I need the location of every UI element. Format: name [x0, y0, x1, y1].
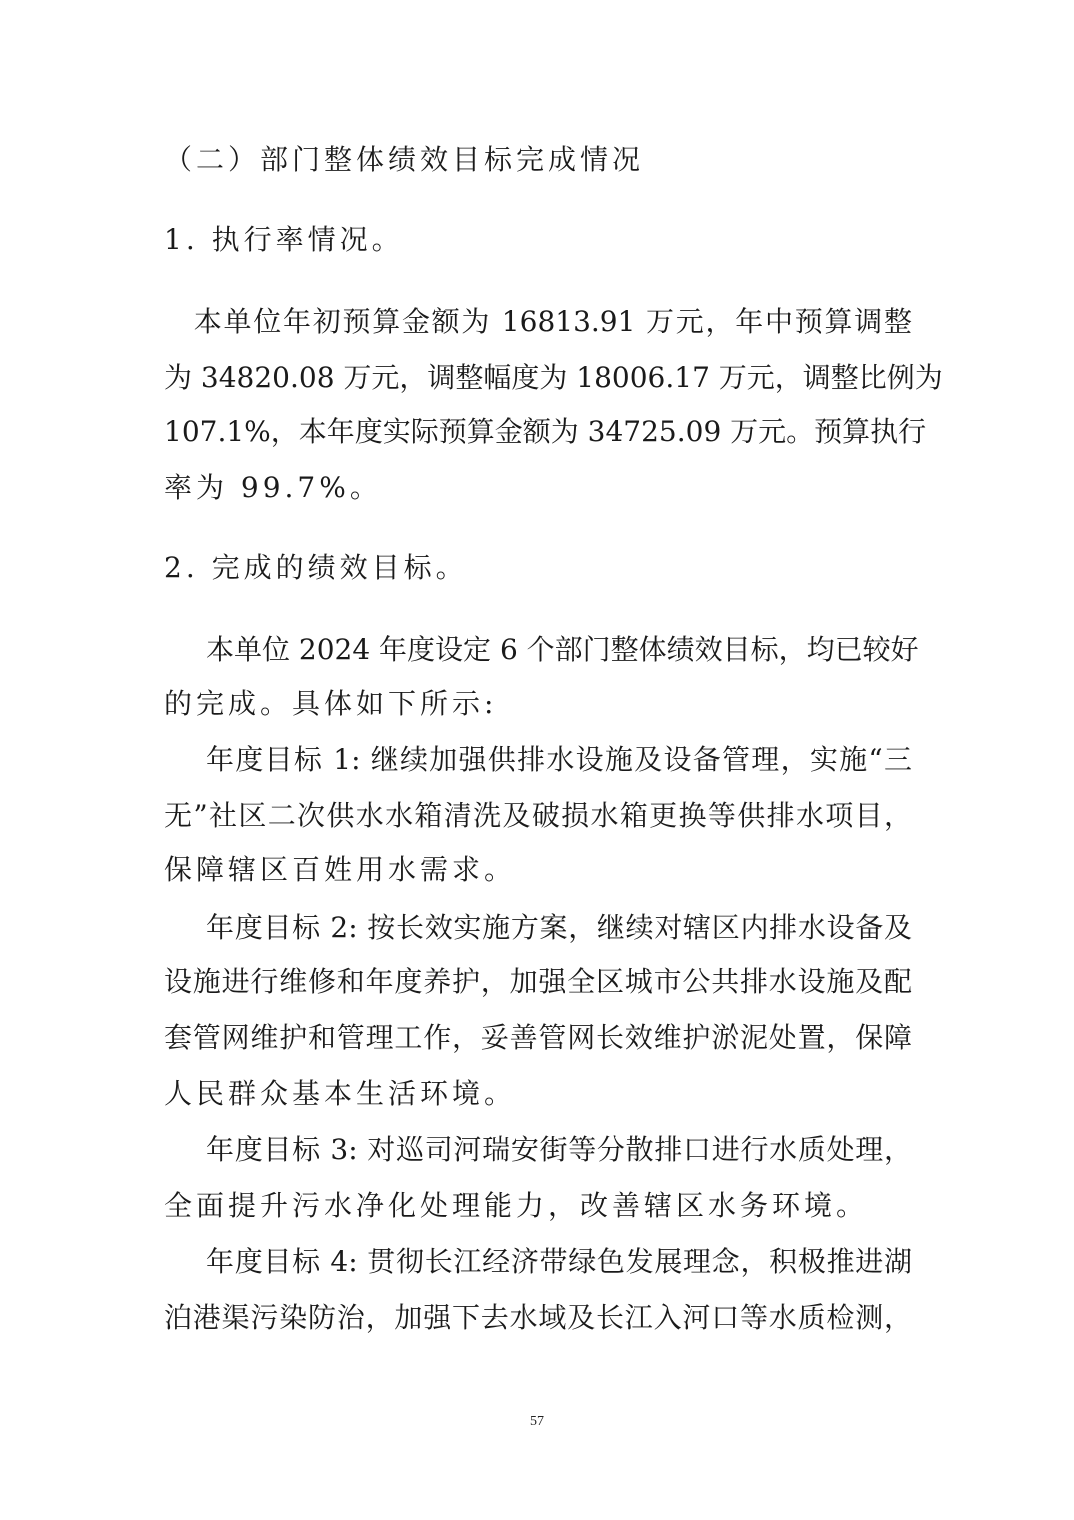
goal-2-line: 人民群众基本生活环境。: [164, 1076, 516, 1112]
goal-1-line: 无”社区二次供水水箱清洗及破损水箱更换等供排水项目，: [164, 798, 912, 834]
paragraph-line: 的完成。具体如下所示:: [164, 686, 497, 722]
paragraph-line: 107.1%，本年度实际预算金额为 34725.09 万元。预算执行: [164, 414, 912, 450]
goal-2-line: 套管网维护和管理工作，妥善管网长效维护淤泥处置，保障: [164, 1020, 912, 1056]
goal-3-line: 年度目标 3: 对巡司河瑞安街等分散排口进行水质处理，: [206, 1132, 912, 1168]
goal-4-line: 泊港渠污染防治，加强下去水域及长江入河口等水质检测，: [164, 1300, 912, 1336]
paragraph-line: 为 34820.08 万元，调整幅度为 18006.17 万元，调整比例为: [164, 360, 912, 396]
goal-1-line: 年度目标 1: 继续加强供排水设施及设备管理，实施“三: [206, 742, 912, 778]
paragraph-line: 本单位 2024 年度设定 6 个部门整体绩效目标，均已较好: [206, 632, 912, 668]
paragraph-line: 率为 99.7%。: [164, 470, 382, 506]
goal-1-line: 保障辖区百姓用水需求。: [164, 852, 516, 888]
paragraph-line: 本单位年初预算金额为 16813.91 万元，年中预算调整: [164, 304, 912, 340]
subsection-heading-execution-rate: 1. 执行率情况。: [164, 222, 404, 258]
goal-2-line: 年度目标 2: 按长效实施方案，继续对辖区内排水设备及: [206, 910, 912, 946]
subsection-heading-goals: 2. 完成的绩效目标。: [164, 550, 468, 586]
goal-4-line: 年度目标 4: 贯彻长江经济带绿色发展理念，积极推进湖: [206, 1244, 912, 1280]
goal-2-line: 设施进行维修和年度养护，加强全区城市公共排水设施及配: [164, 964, 912, 1000]
page-number: 57: [0, 1414, 1074, 1430]
section-heading: （二）部门整体绩效目标完成情况: [164, 142, 644, 178]
goal-3-line: 全面提升污水净化处理能力，改善辖区水务环境。: [164, 1188, 868, 1224]
